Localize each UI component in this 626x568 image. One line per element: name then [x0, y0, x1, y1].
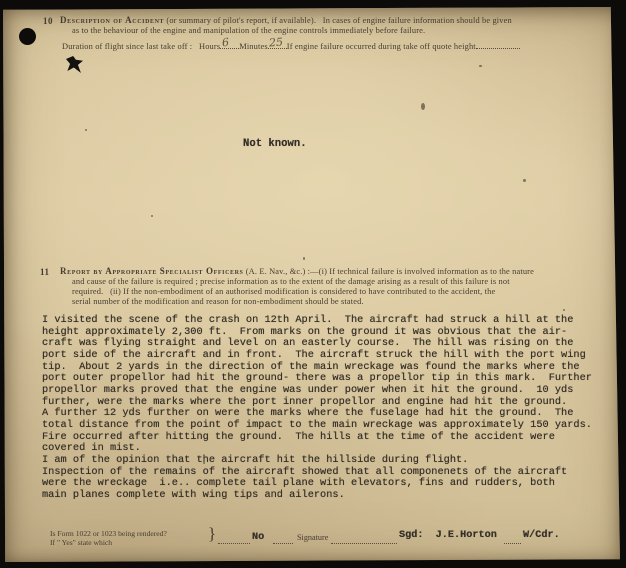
minutes-value-handwritten: 25 — [269, 36, 284, 50]
form-answer-no: No — [252, 532, 264, 543]
answer-fill-line2 — [273, 535, 293, 544]
section10-heading-line1: Description of Accident (or summary of p… — [60, 15, 512, 27]
report-line: main planes complete with wing tips and … — [42, 490, 612, 502]
paper-speck — [563, 309, 565, 311]
signature-label: Signature — [297, 533, 328, 542]
section11-heading-line2: and cause of the failure is required ; p… — [72, 277, 510, 288]
paper-speck — [479, 65, 482, 67]
section11-number: 11 — [40, 267, 50, 277]
form-question-line1: Is Form 1022 or 1023 being rendered? — [50, 529, 167, 538]
section10-heading-line2: as to the behaviour of the engine and ma… — [72, 26, 425, 37]
paper-speck — [151, 215, 153, 217]
report-line: total distance from the point of impact … — [42, 420, 612, 432]
section11-heading-line3: required. (ii) If the non-embodiment of … — [72, 287, 495, 298]
form-question-line2: If " Yes" state which — [50, 538, 167, 547]
paper-speck — [421, 103, 425, 110]
paper-speck — [85, 129, 87, 131]
scanned-accident-report: 10 Description of Accident (or summary o… — [0, 0, 626, 568]
section10-heading-lead: Description of Accident — [60, 15, 164, 25]
section11-heading-lead: Report by Appropriate Specialist Officer… — [60, 266, 243, 276]
section11-heading-line4: serial number of the modification and re… — [72, 297, 364, 308]
paper-speck — [303, 257, 305, 260]
signature-fill-line — [331, 535, 397, 544]
minutes-label: Minutes — [239, 42, 268, 51]
duration-label: Duration of flight since last take off :… — [62, 42, 220, 51]
answer-fill-line — [218, 535, 250, 544]
paper-speck — [523, 179, 526, 182]
height-fill-line — [476, 40, 520, 49]
hours-value-handwritten: 6 — [221, 36, 229, 50]
engine-failure-label: If engine failure occurred during take o… — [287, 42, 476, 51]
duration-row: Duration of flight since last take off :… — [62, 40, 520, 53]
form-question: Is Form 1022 or 1023 being rendered? If … — [50, 529, 167, 547]
section10-number: 10 — [43, 16, 53, 26]
report-line: propellor marks proved that the engine w… — [42, 385, 612, 397]
report-line: I visited the scene of the crash on 12th… — [42, 315, 612, 327]
paper-tear — [66, 56, 83, 73]
signed-rank: W/Cdr. — [523, 530, 560, 541]
form-question-brace: } — [208, 524, 216, 544]
report-line: I am of the opinion that the aircraft hi… — [42, 455, 612, 467]
rank-fill-line — [504, 535, 521, 544]
section10-answer: Not known. — [243, 138, 307, 150]
paper-sheet: 10 Description of Accident (or summary o… — [3, 7, 620, 562]
report-line: port side of the aircraft and in front. … — [42, 350, 612, 362]
punch-hole — [19, 28, 36, 45]
section11-heading-line1: Report by Appropriate Specialist Officer… — [60, 266, 534, 278]
specialist-report-body: I visited the scene of the crash on 12th… — [42, 315, 612, 502]
signed-name: Sgd: J.E.Horton — [399, 530, 497, 541]
